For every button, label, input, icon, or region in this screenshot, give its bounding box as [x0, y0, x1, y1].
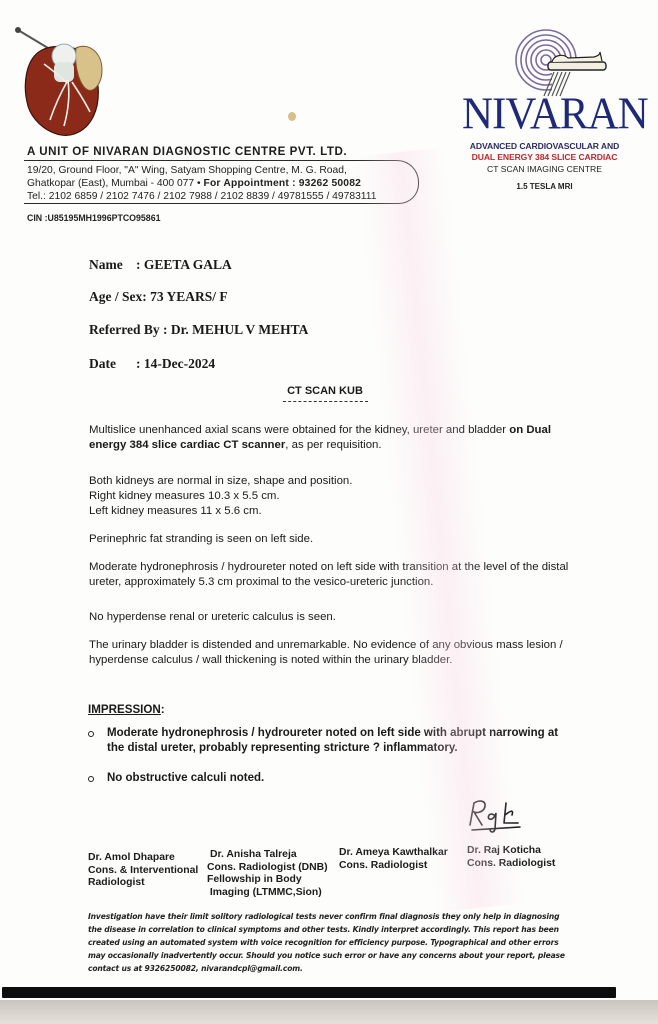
doctor-title: Cons. Radiologist (DNB) — [207, 862, 328, 875]
paper-speck — [288, 112, 296, 121]
report-page: A UNIT OF NIVARAN DIAGNOSTIC CENTRE PVT.… — [0, 0, 658, 1000]
finding-kidneys: Both kidneys are normal in size, shape a… — [89, 474, 579, 519]
age-sex-label: Age / Sex: — [89, 289, 147, 305]
address-line-1: 19/20, Ground Floor, "A" Wing, Satyam Sh… — [27, 165, 347, 176]
patient-name-value: : GEETA GALA — [136, 257, 232, 272]
unit-title: A UNIT OF NIVARAN DIAGNOSTIC CENTRE PVT.… — [27, 145, 347, 158]
doctor-anisha-talreja: Dr. Anisha Talreja Cons. Radiologist (DN… — [207, 849, 328, 899]
footer-bar — [2, 987, 616, 998]
doctor-ameya-kawthalkar: Dr. Ameya Kawthalkar Cons. Radiologist — [339, 847, 448, 872]
date-label: Date — [89, 356, 136, 372]
spiral-scanner-icon — [508, 28, 620, 98]
impression-item-text: No obstructive calculi noted. — [107, 771, 578, 786]
doctor-title: Imaging (LTMMC,Sion) — [207, 887, 328, 900]
patient-name: Name: GEETA GALA — [89, 257, 232, 273]
doctor-title: Cons. Radiologist — [467, 858, 555, 871]
brand-tagline-4: 1.5 TESLA MRI — [462, 182, 627, 192]
bullet-icon — [88, 731, 94, 737]
brand-tagline-2: DUAL ENERGY 384 SLICE CARDIAC — [462, 152, 627, 162]
doctor-name: Dr. Amol Dhapare — [88, 852, 198, 865]
doctor-title: Cons. & Interventional — [88, 865, 198, 878]
heart-anatomy-icon — [14, 24, 110, 142]
finding-perinephric: Perinephric fat stranding is seen on lef… — [89, 532, 579, 547]
doctor-name: Dr. Ameya Kawthalkar — [339, 847, 448, 860]
doctor-name: Dr. Raj Koticha — [467, 845, 555, 858]
finding-technique: Multislice unenhanced axial scans were o… — [89, 423, 579, 453]
date-value: : 14-Dec-2024 — [136, 356, 215, 371]
report-title: CT SCAN KUB — [270, 385, 380, 397]
finding-technique-tail: , as per requisition. — [285, 439, 381, 451]
address-line-2-text: Ghatkopar (East), Mumbai - 400 077 • — [27, 178, 203, 189]
doctor-title: Radiologist — [88, 877, 198, 890]
referred-by-value: Dr. MEHUL V MEHTA — [167, 322, 308, 337]
finding-bladder: The urinary bladder is distended and unr… — [89, 638, 579, 668]
doctor-raj-koticha: Dr. Raj Koticha Cons. Radiologist — [467, 845, 555, 870]
appointment-number: For Appointment : 93262 50082 — [203, 178, 361, 189]
impression-item: No obstructive calculi noted. — [88, 771, 578, 786]
brand-name: NIVARAN — [462, 92, 627, 137]
phone-numbers: Tel.: 2102 6859 / 2102 7476 / 2102 7988 … — [27, 191, 376, 202]
doctor-name: Dr. Anisha Talreja — [207, 849, 328, 862]
impression-heading-text: IMPRESSION — [88, 703, 161, 716]
finding-calculus: No hyperdense renal or ureteric calculus… — [89, 610, 579, 625]
doctor-amol-dhapare: Dr. Amol Dhapare Cons. & Interventional … — [88, 852, 198, 890]
impression-heading: IMPRESSION: — [88, 703, 165, 716]
brand-tagline-3: CT SCAN IMAGING CENTRE — [462, 164, 627, 174]
impression-item-text: Moderate hydronephrosis / hydroureter no… — [107, 726, 578, 756]
kidneys-normal: Both kidneys are normal in size, shape a… — [89, 474, 579, 489]
address-line-2: Ghatkopar (East), Mumbai - 400 077 • For… — [27, 178, 361, 189]
cin-number: CIN :U85195MH1996PTCO95861 — [27, 213, 161, 223]
bullet-icon — [88, 776, 94, 782]
patient-age-sex: Age / Sex: 73 YEARS/ F — [89, 289, 228, 305]
finding-technique-text: Multislice unenhanced axial scans were o… — [89, 424, 509, 436]
left-kidney-size: Left kidney measures 11 x 5.6 cm. — [89, 504, 579, 519]
doctor-title: Fellowship in Body — [207, 874, 328, 887]
signature-icon — [464, 795, 530, 835]
report-date: Date: 14-Dec-2024 — [89, 356, 215, 372]
paper-edge-shadow — [0, 1000, 658, 1024]
referred-by: Referred By : Dr. MEHUL V MEHTA — [89, 322, 308, 338]
impression-item: Moderate hydronephrosis / hydroureter no… — [88, 726, 578, 756]
disclaimer: Investigation have their limit solitory … — [88, 910, 568, 975]
brand-tagline-1: ADVANCED CARDIOVASCULAR AND — [462, 141, 627, 151]
impression-colon: : — [161, 703, 165, 716]
doctor-title: Cons. Radiologist — [339, 860, 448, 873]
age-sex-value: 73 YEARS/ F — [147, 289, 228, 304]
finding-hydronephrosis: Moderate hydronephrosis / hydroureter no… — [89, 560, 579, 590]
referred-by-label: Referred By : — [89, 322, 167, 338]
patient-name-label: Name — [89, 257, 136, 273]
title-underline — [283, 401, 368, 402]
right-kidney-size: Right kidney measures 10.3 x 5.5 cm. — [89, 489, 579, 504]
